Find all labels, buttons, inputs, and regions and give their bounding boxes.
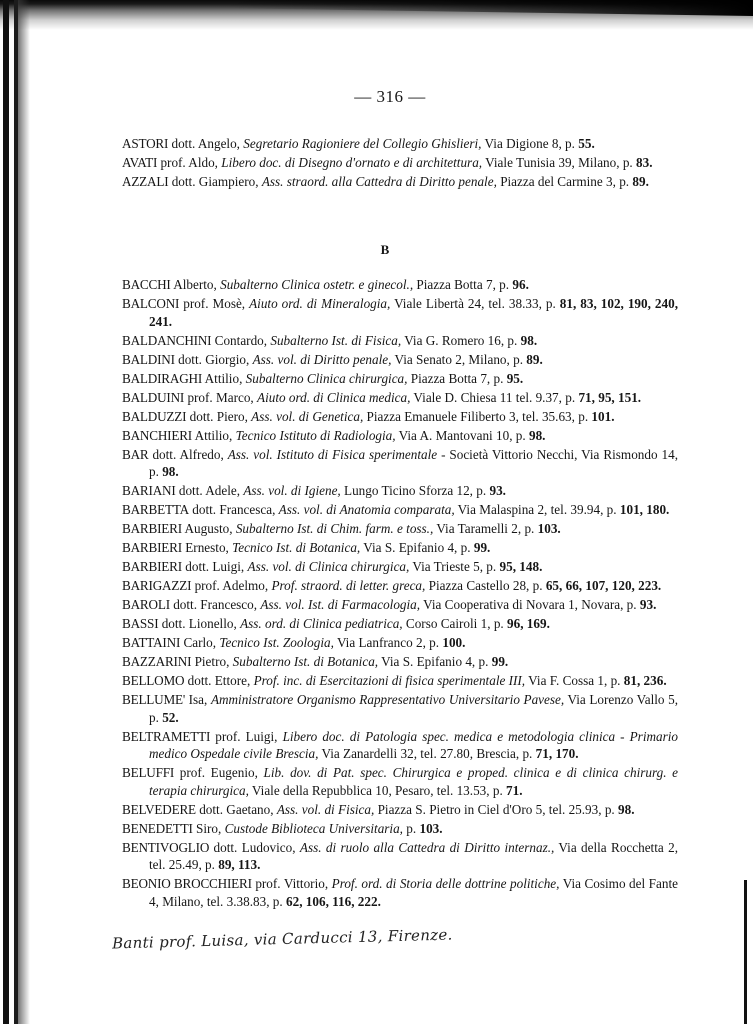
directory-entry: BAROLI dott. Francesco, Ass. vol. Ist. d… — [122, 596, 678, 614]
entry-given-name: dott. Angelo, — [168, 136, 243, 151]
entry-pages: 93. — [489, 483, 505, 498]
entry-pages: 71, 170. — [536, 746, 579, 761]
entry-role: Ass. vol. di Clinica chirurgica, — [248, 559, 410, 574]
entry-pages: 98. — [521, 333, 537, 348]
entry-address: Via Malaspina 2, tel. 39.94, p. — [455, 502, 620, 517]
entry-pages: 99. — [492, 654, 508, 669]
directory-entry: BELUFFI prof. Eugenio, Lib. dov. di Pat.… — [122, 764, 678, 799]
entry-address: Lungo Ticino Sforza 12, p. — [341, 483, 490, 498]
entry-address: Via Taramelli 2, p. — [433, 521, 537, 536]
entry-role: Ass. di ruolo alla Cattedra di Diritto i… — [300, 840, 554, 855]
directory-entry: BAZZARINI Pietro, Subalterno Ist. di Bot… — [122, 653, 678, 671]
entry-role: Ass. vol. di Fisica, — [277, 802, 374, 817]
entry-address: Piazza S. Pietro in Ciel d'Oro 5, tel. 2… — [374, 802, 618, 817]
entry-given-name: prof. Adelmo, — [191, 578, 271, 593]
entry-surname: BELUFFI — [122, 765, 174, 780]
entry-given-name: prof. Aldo, — [157, 155, 221, 170]
entry-role: Subalterno Ist. di Chim. farm. e toss., — [236, 521, 433, 536]
entry-role: Subalterno Ist. di Fisica, — [270, 333, 401, 348]
entry-given-name: dott. Francesca, — [189, 502, 279, 517]
entry-given-name: dott. Giampiero, — [168, 174, 261, 189]
entry-surname: BARIANI — [122, 483, 176, 498]
entry-pages: 101. — [591, 409, 614, 424]
entry-address: Piazza Emanuele Filiberto 3, tel. 35.63,… — [363, 409, 591, 424]
entry-given-name: prof. Mosè, — [179, 296, 249, 311]
entry-role: Tecnico Ist. di Botanica, — [232, 540, 360, 555]
directory-entry: BALDINI dott. Giorgio, Ass. vol. di Diri… — [122, 351, 678, 369]
binding-edge-left — [3, 0, 9, 1024]
entry-address: Piazza Botta 7, p. — [407, 371, 506, 386]
entry-address: Viale Libertà 24, tel. 38.33, p. — [390, 296, 559, 311]
entry-given-name: Isa, — [185, 692, 211, 707]
entry-pages: 95. — [507, 371, 523, 386]
binding-shadow-left — [18, 0, 30, 1024]
entry-surname: BALCONI — [122, 296, 179, 311]
entry-given-name: prof. Luigi, — [210, 729, 282, 744]
entry-given-name: Ernesto, — [182, 540, 232, 555]
directory-entry: BANCHIERI Attilio, Tecnico Istituto di R… — [122, 427, 678, 445]
entry-role: Subalterno Clinica chirurgica, — [246, 371, 408, 386]
entry-given-name: prof. Eugenio, — [174, 765, 263, 780]
entry-role: Tecnico Ist. Zoologia, — [219, 635, 334, 650]
entry-given-name: prof. Vittorio, — [252, 876, 332, 891]
entry-pages: 71. — [506, 783, 522, 798]
entry-pages: 96, 169. — [507, 616, 550, 631]
entry-surname: BALDUZZI — [122, 409, 186, 424]
entry-given-name: Carlo, — [180, 635, 219, 650]
entry-given-name: Alberto, — [171, 277, 220, 292]
directory-entry: BELLOMO dott. Ettore, Prof. inc. di Eser… — [122, 672, 678, 690]
entry-given-name: dott. Francesco, — [170, 597, 260, 612]
entry-address: Via Zanardelli 32, tel. 27.80, Brescia, … — [318, 746, 535, 761]
entry-surname: BARBIERI — [122, 521, 182, 536]
directory-entry: BELTRAMETTI prof. Luigi, Libero doc. di … — [122, 728, 678, 763]
entry-role: Ass. ord. di Clinica pediatrica, — [240, 616, 403, 631]
entry-address: Via Trieste 5, p. — [409, 559, 499, 574]
entry-role: Ass. vol. di Igiene, — [243, 483, 340, 498]
entry-given-name: dott. Piero, — [186, 409, 251, 424]
entry-given-name: Attilio, — [192, 428, 236, 443]
directory-entry: BACCHI Alberto, Subalterno Clinica ostet… — [122, 276, 678, 294]
entry-pages: 52. — [162, 710, 178, 725]
entry-pages: 98. — [618, 802, 634, 817]
entry-pages: 83. — [636, 155, 652, 170]
entry-pages: 103. — [538, 521, 561, 536]
entry-pages: 81, 236. — [624, 673, 667, 688]
entry-surname: BARBIERI — [122, 540, 182, 555]
entry-surname: BALDIRAGHI — [122, 371, 202, 386]
entry-given-name: dott. Lionello, — [158, 616, 240, 631]
entry-given-name: prof. Marco, — [184, 390, 257, 405]
binding-edge-right — [744, 880, 747, 1024]
directory-entry: BALCONI prof. Mosè, Aiuto ord. di Minera… — [122, 295, 678, 330]
entry-role: Prof. inc. di Esercitazioni di fisica sp… — [254, 673, 526, 688]
entry-surname: BAROLI — [122, 597, 170, 612]
entry-surname: BAZZARINI — [122, 654, 191, 669]
directory-entry: BALDIRAGHI Attilio, Subalterno Clinica c… — [122, 370, 678, 388]
entry-pages: 101, 180. — [620, 502, 669, 517]
entry-pages: 95, 148. — [500, 559, 543, 574]
entry-pages: 96. — [512, 277, 528, 292]
entry-given-name: dott. Ludovico, — [209, 840, 300, 855]
entry-address: Piazza del Carmine 3, p. — [497, 174, 633, 189]
entry-address: Piazza Castello 28, p. — [425, 578, 546, 593]
entry-pages: 89, 113. — [218, 857, 260, 872]
entry-address: Via S. Epifanio 4, p. — [360, 540, 474, 555]
entry-address: Via G. Romero 16, p. — [401, 333, 520, 348]
entry-surname: BARBIERI — [122, 559, 182, 574]
entry-given-name: dott. Gaetano, — [196, 802, 277, 817]
entry-address: Via S. Epifanio 4, p. — [378, 654, 492, 669]
directory-entry: ASTORI dott. Angelo, Segretario Ragionie… — [122, 135, 678, 153]
entry-role: Ass. vol. Ist. di Farmacologia, — [260, 597, 420, 612]
entry-surname: BENTIVOGLIO — [122, 840, 209, 855]
directory-entry: AVATI prof. Aldo, Libero doc. di Disegno… — [122, 154, 678, 172]
entry-role: Prof. ord. di Storia delle dottrine poli… — [332, 876, 560, 891]
entry-role: Aiuto ord. di Clinica medica, — [257, 390, 410, 405]
entry-role: Tecnico Istituto di Radiologia, — [236, 428, 396, 443]
entry-given-name: dott. Ettore, — [184, 673, 253, 688]
entry-address: Viale della Repubblica 10, Pesaro, tel. … — [249, 783, 506, 798]
entry-pages: 65, 66, 107, 120, 223. — [546, 578, 661, 593]
directory-entry: AZZALI dott. Giampiero, Ass. straord. al… — [122, 173, 678, 191]
entry-pages: 89. — [632, 174, 648, 189]
directory-entry: BATTAINI Carlo, Tecnico Ist. Zoologia, V… — [122, 634, 678, 652]
directory-entry: BELLUME' Isa, Amministratore Organismo R… — [122, 691, 678, 726]
entry-surname: BALDINI — [122, 352, 175, 367]
entry-role: Subalterno Clinica ostetr. e ginecol., — [220, 277, 413, 292]
entry-pages: 98. — [162, 464, 178, 479]
entry-surname: BANCHIERI — [122, 428, 192, 443]
entry-address: Via Senato 2, Milano, p. — [391, 352, 526, 367]
entry-role: Ass. vol. di Genetica, — [251, 409, 363, 424]
entry-surname: BARIGAZZI — [122, 578, 191, 593]
entry-pages: 98. — [529, 428, 545, 443]
entry-role: Amministratore Organismo Rappresentativo… — [211, 692, 564, 707]
entry-address: p. — [403, 821, 419, 836]
entry-given-name: Siro, — [193, 821, 225, 836]
entry-role: Aiuto ord. di Mineralogia, — [249, 296, 390, 311]
directory-entry: BARBIERI Augusto, Subalterno Ist. di Chi… — [122, 520, 678, 538]
entry-pages: 89. — [526, 352, 542, 367]
entry-pages: 71, 95, 151. — [578, 390, 641, 405]
directory-entry: BARBIERI dott. Luigi, Ass. vol. di Clini… — [122, 558, 678, 576]
handwritten-annotation: Banti prof. Luisa, via Carducci 13, Fire… — [112, 926, 453, 953]
entry-address: Via Cooperativa di Novara 1, Novara, p. — [420, 597, 640, 612]
entry-pages: 62, 106, 116, 222. — [286, 894, 381, 909]
entry-pages: 99. — [474, 540, 490, 555]
entry-address: Via F. Cossa 1, p. — [525, 673, 624, 688]
entry-address: Corso Cairoli 1, p. — [403, 616, 507, 631]
entry-pages: 100. — [442, 635, 465, 650]
directory-entry: BALDUINI prof. Marco, Aiuto ord. di Clin… — [122, 389, 678, 407]
entry-role: Prof. straord. di letter. greca, — [271, 578, 425, 593]
directory-entry: BALDUZZI dott. Piero, Ass. vol. di Genet… — [122, 408, 678, 426]
entry-given-name: Attilio, — [202, 371, 246, 386]
entry-surname: AZZALI — [122, 174, 168, 189]
entry-given-name: dott. Luigi, — [182, 559, 248, 574]
entry-address: Via A. Mantovani 10, p. — [396, 428, 529, 443]
entry-surname: BELLOMO — [122, 673, 184, 688]
entry-surname: BACCHI — [122, 277, 171, 292]
entry-pages: 55. — [578, 136, 594, 151]
entries-list-a: ASTORI dott. Angelo, Segretario Ragionie… — [122, 135, 678, 192]
entry-role: Ass. vol. Istituto di Fisica sperimental… — [228, 447, 437, 462]
section-heading: B — [0, 242, 753, 258]
entry-pages: 93. — [640, 597, 656, 612]
entry-role: Ass. straord. alla Cattedra di Diritto p… — [262, 174, 497, 189]
entry-address: Via Digione 8, p. — [481, 136, 578, 151]
entry-surname: AVATI — [122, 155, 157, 170]
entry-surname: BATTAINI — [122, 635, 180, 650]
entry-given-name: dott. Alfredo, — [149, 447, 228, 462]
entry-role: Custode Biblioteca Universitaria, — [225, 821, 403, 836]
entry-role: Segretario Ragioniere del Collegio Ghisl… — [243, 136, 481, 151]
directory-entry: BENEDETTI Siro, Custode Biblioteca Unive… — [122, 820, 678, 838]
entry-surname: BARBETTA — [122, 502, 189, 517]
entry-surname: BELLUME' — [122, 692, 185, 707]
directory-entry: BARIGAZZI prof. Adelmo, Prof. straord. d… — [122, 577, 678, 595]
directory-entry: BENTIVOGLIO dott. Ludovico, Ass. di ruol… — [122, 839, 678, 874]
entry-surname: BELTRAMETTI — [122, 729, 210, 744]
entry-given-name: Pietro, — [191, 654, 232, 669]
entry-address: Viale D. Chiesa 11 tel. 9.37, p. — [410, 390, 578, 405]
entry-surname: ASTORI — [122, 136, 168, 151]
directory-entry: BARIANI dott. Adele, Ass. vol. di Igiene… — [122, 482, 678, 500]
entry-address: Viale Tunisia 39, Milano, p. — [482, 155, 636, 170]
entry-given-name: Augusto, — [182, 521, 236, 536]
directory-entry: BELVEDERE dott. Gaetano, Ass. vol. di Fi… — [122, 801, 678, 819]
entry-given-name: dott. Adele, — [176, 483, 244, 498]
entry-surname: BENEDETTI — [122, 821, 193, 836]
entry-address: Piazza Botta 7, p. — [413, 277, 512, 292]
entry-role: Ass. vol. di Anatomia comparata, — [279, 502, 455, 517]
entry-address: Via Lanfranco 2, p. — [334, 635, 442, 650]
directory-entry: BEONIO BROCCHIERI prof. Vittorio, Prof. … — [122, 875, 678, 910]
entry-role: Subalterno Ist. di Botanica, — [233, 654, 378, 669]
directory-entry: BAR dott. Alfredo, Ass. vol. Istituto di… — [122, 446, 678, 481]
directory-entry: BASSI dott. Lionello, Ass. ord. di Clini… — [122, 615, 678, 633]
entry-surname: BEONIO BROCCHIERI — [122, 876, 252, 891]
entry-given-name: dott. Giorgio, — [175, 352, 253, 367]
entry-surname: BASSI — [122, 616, 158, 631]
entries-list-b: BACCHI Alberto, Subalterno Clinica ostet… — [122, 276, 678, 912]
directory-entry: BALDANCHINI Contardo, Subalterno Ist. di… — [122, 332, 678, 350]
entry-surname: BAR — [122, 447, 149, 462]
entry-role: Libero doc. di Disegno d'ornato e di arc… — [221, 155, 482, 170]
entry-given-name: Contardo, — [211, 333, 270, 348]
entry-pages: 103. — [419, 821, 442, 836]
page-number: — 316 — — [0, 87, 753, 107]
directory-entry: BARBIERI Ernesto, Tecnico Ist. di Botani… — [122, 539, 678, 557]
entry-surname: BALDUINI — [122, 390, 184, 405]
entry-role: Ass. vol. di Diritto penale, — [253, 352, 392, 367]
entry-surname: BALDANCHINI — [122, 333, 211, 348]
entry-surname: BELVEDERE — [122, 802, 196, 817]
directory-entry: BARBETTA dott. Francesca, Ass. vol. di A… — [122, 501, 678, 519]
